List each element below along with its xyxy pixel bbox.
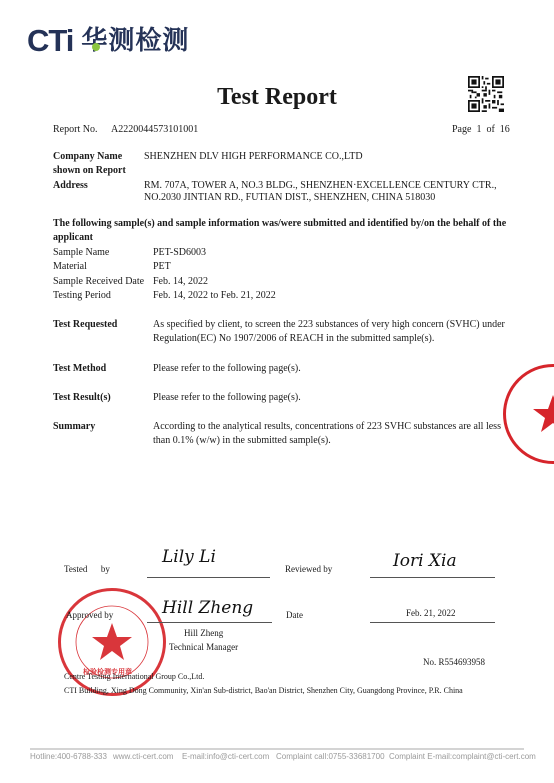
sample-name-label: Sample Name xyxy=(53,246,109,259)
logo-dot-icon xyxy=(92,43,100,51)
address-label: Address xyxy=(53,179,88,192)
reviewed-by-label: Reviewed by xyxy=(285,563,332,576)
test-requested-label: Test Requested xyxy=(53,318,117,331)
material-value: PET xyxy=(153,260,171,273)
date-label: Date xyxy=(286,609,303,622)
summary-label: Summary xyxy=(53,420,95,433)
received-date-value: Feb. 14, 2022 xyxy=(153,275,208,288)
issuer-address: CTI Building, Xing Dong Community, Xin'a… xyxy=(64,684,463,697)
report-no-label: Report No. xyxy=(53,123,97,136)
sample-intro-line-2: applicant xyxy=(53,231,93,244)
material-label: Material xyxy=(53,260,87,273)
company-seal-stamp-right xyxy=(503,364,554,464)
logo-brand: CTi xyxy=(27,24,73,58)
report-no-value: A2220044573101001 xyxy=(111,123,198,136)
address-line-2: NO.2030 JINTIAN RD., FUTIAN DIST., SHENZ… xyxy=(144,191,435,204)
footer-complaint-call: Complaint call:0755-33681700 xyxy=(276,752,385,761)
page-title: Test Report xyxy=(0,84,554,111)
footer-hotline: Hotline:400-6788-333 xyxy=(30,752,107,761)
date-value: Feb. 21, 2022 xyxy=(406,607,456,620)
logo-chinese: 华测检测 xyxy=(81,24,189,58)
test-method-label: Test Method xyxy=(53,362,106,375)
test-results-value: Please refer to the following page(s). xyxy=(153,391,301,404)
approved-by-label: Approved by xyxy=(66,609,113,622)
certificate-number: No. R554693958 xyxy=(423,656,485,669)
issuer-name: Centre Testing International Group Co.,L… xyxy=(64,670,204,683)
date-line xyxy=(370,622,495,623)
test-method-value: Please refer to the following page(s). xyxy=(153,362,301,375)
page-indicator: Page 1 of 16 xyxy=(452,123,510,136)
company-name-label-1: Company Name xyxy=(53,150,122,163)
reviewed-by-signature-line xyxy=(370,577,495,578)
tested-by-signature-line xyxy=(147,577,270,578)
test-requested-line-2: Regulation(EC) No 1907/2006 of REACH in … xyxy=(153,332,434,345)
test-requested-line-1: As specified by client, to screen the 22… xyxy=(153,318,505,331)
summary-line-2: than 0.1% (w/w) in the submitted sample(… xyxy=(153,434,331,447)
approver-title: Technical Manager xyxy=(169,641,238,654)
footer-website[interactable]: www.cti-cert.com xyxy=(113,752,173,761)
testing-period-label: Testing Period xyxy=(53,289,111,302)
company-name-label-2: shown on Report xyxy=(53,164,126,177)
cti-logo: CTi 华测检测 xyxy=(27,22,189,58)
test-results-label: Test Result(s) xyxy=(53,391,111,404)
received-date-label: Sample Received Date xyxy=(53,275,144,288)
reviewed-by-signature: Iori Xia xyxy=(393,551,457,571)
tested-by-label: Tested by xyxy=(64,563,110,576)
approved-by-signature: Hill Zheng xyxy=(162,598,253,618)
summary-line-1: According to the analytical results, con… xyxy=(153,420,501,433)
company-name-value: SHENZHEN DLV HIGH PERFORMANCE CO.,LTD xyxy=(144,150,363,163)
approver-name: Hill Zheng xyxy=(184,627,223,640)
sample-name-value: PET-SD6003 xyxy=(153,246,206,259)
approved-by-signature-line xyxy=(147,622,272,623)
sample-intro-line-1: The following sample(s) and sample infor… xyxy=(53,217,506,230)
tested-by-signature: Lily Li xyxy=(162,547,216,567)
testing-period-value: Feb. 14, 2022 to Feb. 21, 2022 xyxy=(153,289,276,302)
star-icon xyxy=(506,367,554,461)
footer-complaint-email[interactable]: Complaint E-mail:complaint@cti-cert.com xyxy=(389,752,536,761)
footer-email[interactable]: E-mail:info@cti-cert.com xyxy=(182,752,269,761)
footer-divider xyxy=(30,748,524,750)
